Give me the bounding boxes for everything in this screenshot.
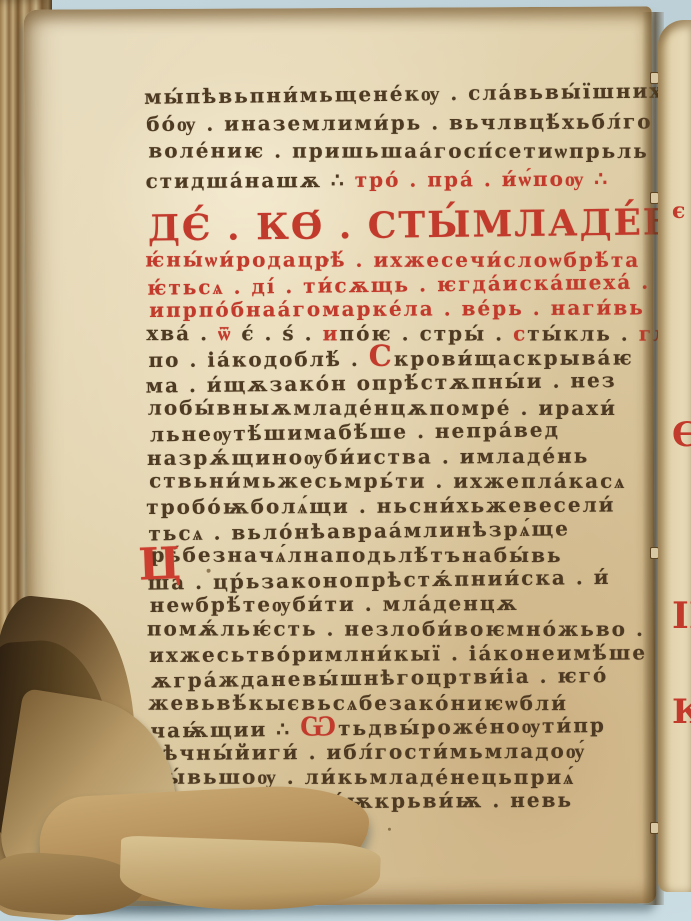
rubric-text: тро́ . пра́ . и́ѡ́поѹ ∴	[355, 166, 609, 191]
ink-text: ствьни́мьжесьмрь́ти . ихжепла́касѧ	[149, 469, 626, 493]
text-line: ствьни́мьжесьмрь́ти . ихжепла́касѧ	[149, 469, 626, 494]
text-line: вѣчны́йиги́ . ибл́гости́мьмладоѹ́	[147, 739, 586, 766]
ink-text: є́ . ѕ́ .	[241, 321, 322, 345]
ink-text: тьсѧ . вьло́нѣавраа́млинѣзрѧ́ще	[148, 516, 570, 545]
text-line: мы́пѣвьпни́мьщене́кѹ . сла́вьвы́їшнихь	[144, 78, 679, 110]
text-line: лобы́вныѫмладе́нцѫпомре́ . ирахи́	[148, 395, 617, 419]
ink-text: воле́ниѥ . пришьшаа́госп́сетиѡпрьль	[148, 138, 648, 162]
ink-text: бо́ѹ . иназемлими́рь . вьчлвцѣ́хьбл́го	[146, 109, 652, 136]
text-line: ипрпо́бнаа́гомарке́ла . ве́рь . наги́вь	[149, 296, 645, 323]
ink-text: ма . и́щѫзако́н опрѣ́стѫпны́и . нез	[145, 368, 616, 398]
ink-text: ты́кль .	[527, 321, 638, 345]
rubric-text: ипрпо́бнаа́гомарке́ла . ве́рь . наги́вь	[149, 296, 645, 323]
text-line: хва́ . ѿ є́ . ѕ́ . ипо́ѥ . стры́ . сты́к…	[146, 321, 691, 347]
ink-text: неѡбрѣ́теѹби́ти . мла́денцѫ	[150, 591, 519, 617]
text-line: ѥ́ны́ѡи́родацрѣ́ . ихжесечи́слоѡбрѣ́та	[145, 248, 640, 273]
ink-text: жевьвѣ́кыєвьсѧбезако́ниѥѡбли́	[148, 691, 568, 715]
ink-text: мы́пѣвьпни́мьщене́кѹ . сла́вьвы́їшнихь	[144, 78, 679, 109]
text-line: ма . и́щѫзако́н опрѣ́стѫпны́и . нез	[145, 368, 616, 398]
rubric-text: ѥ́ны́ѡи́родацрѣ́ . ихжесечи́слоѡбрѣ́та	[145, 248, 640, 272]
ink-text: стидша́нашѫ ∴	[145, 167, 354, 192]
rubric-text: Ѡ	[300, 709, 339, 743]
facing-page-letter: ІГ	[672, 595, 691, 637]
rubric-text: и	[323, 321, 340, 345]
rubric-text: С	[369, 339, 394, 373]
rubric-text: ѿ	[218, 321, 241, 345]
ink-text: хва́ .	[146, 321, 218, 345]
ink-text: бы́вьшоѹ . ли́кьмладе́нецьприѧ́	[150, 764, 576, 788]
ink-text: ша . цр́ьзаконопрѣстѫ́пнии́ска . и́	[148, 565, 611, 595]
ink-text: чаѭ́щии ∴	[150, 717, 300, 743]
ink-text: вѣчны́йиги́ . ибл́гости́мьмладоѹ́	[147, 739, 586, 765]
ink-text: помѫ́льѥ́сть . незлоби́воѥмно́жьво .	[147, 616, 645, 640]
parchment-speck	[388, 828, 391, 831]
rubric-heading: ДЄ́ . КѲ́ . СТЫ́МЛАДЕ́НЦЬИЗБЫ́	[148, 199, 691, 250]
text-line: помѫ́льѥ́сть . незлоби́воѥмно́жьво .	[147, 616, 645, 640]
text-block: мы́пѣвьпни́мьщене́кѹ . сла́вьвы́їшнихьбо…	[146, 80, 655, 823]
ink-text: по́ѥ . стры́ .	[339, 321, 513, 345]
facing-page-letter: К	[672, 692, 691, 732]
text-line: ша . цр́ьзаконопрѣстѫ́пнии́ска . и́	[148, 565, 611, 595]
manuscript-photo: мы́пѣвьпни́мьщене́кѹ . сла́вьвы́їшнихьбо…	[0, 0, 691, 921]
ink-text: тьдвы́роже́ноѹти́пр	[338, 713, 606, 740]
rubric-text: с	[513, 321, 527, 345]
text-line: бы́вьшоѹ . ли́кьмладе́нецьприѧ́	[150, 764, 576, 789]
text-line: ѫгра́жданевы́шнѣгоцртви́іа . ѥго́	[151, 663, 608, 693]
rubric-text: ѥ́тьсѧ . ді́ . ти́сѫщь . ѥгда́иска́шеха́…	[147, 269, 650, 299]
ink-text: тробо́ѭболѧ́щи . ньсни́хьжевесели́	[146, 493, 615, 519]
ink-text: по . іа́кодоблѣ́ .	[148, 347, 368, 372]
ink-text: лобы́вныѫмладе́нцѫпомре́ . ирахи́	[148, 395, 617, 419]
text-line: жевьвѣ́кыєвьсѧбезако́ниѥѡбли́	[148, 691, 568, 716]
text-line: неѡбрѣ́теѹби́ти . мла́денцѫ	[150, 591, 519, 618]
ink-text: назрѫ́щиноѹби́иства . имладе́нь	[147, 443, 589, 469]
text-line: тьсѧ . вьло́нѣавраа́млинѣзрѧ́ще	[148, 516, 570, 546]
text-line: рѣ́безначѧ́лнаподьлѣ́тънабы́вь	[151, 543, 563, 568]
ink-text: ѫгра́жданевы́шнѣгоцртви́іа . ѥго́	[151, 663, 608, 693]
ink-text: рѣ́безначѧ́лнаподьлѣ́тънабы́вь	[151, 543, 563, 567]
drop-cap-initial: Ц	[138, 544, 182, 586]
text-line: стидша́нашѫ ∴ тро́ . пра́ . и́ѡ́поѹ ∴	[145, 166, 609, 193]
ink-text: льнеѹтѣ́шимабѣ́ше . непра́вед	[150, 418, 560, 447]
facing-page-letter: Є	[672, 415, 691, 455]
facing-page-edge: єЄІГК	[658, 20, 691, 892]
facing-page-letter: є	[672, 198, 685, 224]
rubric-text: ДЄ́ . КѲ́ . СТЫ́МЛАДЕ́НЦЬИЗБЫ́	[148, 199, 691, 250]
text-line: назрѫ́щиноѹби́иства . имладе́нь	[147, 443, 589, 470]
text-line: бо́ѹ . иназемлими́рь . вьчлвцѣ́хьбл́го	[146, 109, 652, 137]
text-line: воле́ниѥ . пришьшаа́госп́сетиѡпрьль	[148, 138, 648, 163]
